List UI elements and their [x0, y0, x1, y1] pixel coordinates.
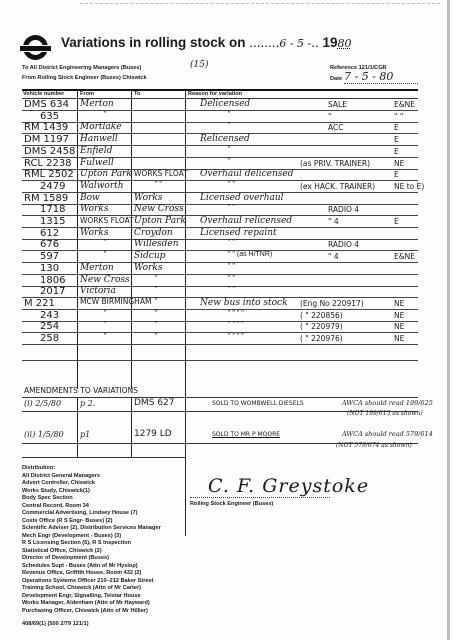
reason-for-variation: Delicensed	[200, 99, 250, 109]
district-area: E&NE	[394, 252, 415, 261]
distribution-item: Revenue Office, Griffith House, Room 432…	[22, 570, 161, 578]
distribution-item: Works Study, Chiswick(1)	[22, 488, 161, 496]
vehicle-number: M 221	[24, 298, 55, 309]
distribution-item: Director of Development (Buses)	[22, 555, 161, 563]
variation-note: RADIO 4	[328, 205, 359, 214]
district-area: E&NE	[394, 100, 415, 109]
col-header-reason: Reason for variation	[188, 91, 242, 97]
reason-for-variation: Relicensed	[200, 134, 250, 144]
variation-note: ( " 220976)	[300, 334, 343, 343]
to-garage: WORKS FLOAT	[134, 169, 188, 178]
to-garage: Sidcup	[134, 251, 165, 261]
reason-for-variation: " "	[228, 204, 235, 211]
district-area: E	[394, 170, 399, 179]
date-day-month: 6 - 5 -	[279, 37, 311, 50]
distribution-item: Scientific Adviser (2), Distribution Ser…	[22, 525, 161, 533]
col-header-to: To	[134, 91, 140, 97]
date-value: 7 - 5 - 80	[344, 70, 418, 84]
amendment-1-correction-note: (NOT 199/615 as shown)	[347, 410, 423, 417]
from-garage: Mortlake	[80, 122, 122, 132]
amendment-1-detail: SOLD TO WOMBWELL DIESELS	[212, 400, 304, 407]
from-garage: Victoria	[80, 286, 116, 296]
district-area: NE	[394, 322, 404, 331]
from-garage: Hanwell	[80, 134, 118, 144]
variation-note: SALE	[328, 100, 347, 109]
amendment-2-correction-note: (NOT 579/674 as shown)	[336, 442, 412, 449]
amendment-1-page: p 2.	[80, 399, 95, 408]
district-area: NE	[394, 311, 404, 320]
variation-note: " 4	[328, 252, 339, 261]
distribution-list: Distribution: All District General Manag…	[22, 465, 161, 629]
variation-note: ACC	[328, 123, 343, 132]
district-area: NE	[394, 159, 404, 168]
distribution-item: All District General Managers	[22, 473, 161, 481]
reason-for-variation: "	[228, 111, 231, 118]
distribution-item: Training School, Chiswick (Attn of Mr Ca…	[22, 585, 161, 593]
to-garage: Willesden	[134, 239, 179, 249]
vehicle-number: 130	[40, 263, 59, 274]
amendment-2-detail: SOLD TO MR P MOORE	[212, 431, 280, 438]
vehicle-number: DMS 2458	[24, 146, 75, 157]
district-area: NE	[394, 334, 404, 343]
from-garage: Enfield	[80, 146, 112, 156]
to-garage: "	[155, 298, 158, 305]
divider	[22, 397, 418, 398]
to-garage: " "	[155, 181, 162, 188]
to-garage: "	[155, 275, 158, 282]
signature-line	[190, 497, 330, 498]
reason-for-variation: " " (as H/TNR)	[228, 251, 272, 258]
reason-for-variation: Licensed repaint	[200, 228, 277, 238]
from-garage: WORKS FLOAT	[80, 216, 134, 225]
reason-for-variation: " " " "	[228, 333, 244, 340]
variation-note: (as PRIV. TRAINER)	[300, 159, 370, 168]
page-edge-shadow	[447, 0, 450, 640]
from-garage: Merton	[80, 263, 114, 273]
to-garage: Croydon	[134, 228, 173, 238]
vehicle-number: DMS 634	[24, 99, 69, 110]
variation-note: (ex HACK. TRAINER)	[300, 182, 375, 191]
from-garage: "	[104, 321, 107, 328]
from-garage: "	[104, 333, 107, 340]
vehicle-number: RM 1589	[24, 193, 68, 204]
amendment-2-vehicle: 1279 LD	[134, 429, 172, 439]
variation-note: " 4	[328, 217, 339, 226]
district-area: NE	[394, 299, 404, 308]
row-divider	[22, 309, 418, 310]
variation-note: RADIO 4	[328, 240, 359, 249]
from-garage: New Cross	[80, 275, 130, 285]
scan-edge	[80, 3, 440, 4]
reason-for-variation: " "	[228, 286, 235, 293]
vehicle-number: 1806	[40, 275, 65, 286]
district-area: " "	[394, 112, 403, 121]
from-garage: "	[104, 239, 107, 246]
to-garage: "	[155, 310, 158, 317]
reason-for-variation: "	[228, 158, 231, 165]
variation-note: "	[328, 112, 331, 121]
vehicle-number: RCL 2238	[24, 158, 72, 169]
from-garage: Bow	[80, 193, 100, 203]
reason-for-variation: "	[228, 146, 231, 153]
form-code: 408/69(1) (500 2/79 121/1)	[22, 621, 161, 629]
row-divider	[22, 332, 418, 333]
to-line: To All District Engineering Managers (Bu…	[22, 65, 141, 71]
roundel-logo-icon	[23, 35, 48, 60]
amendment-1-correction: AWCA should read 199/625	[342, 399, 433, 407]
amendment-2-correction: AWCA should read 579/614	[342, 430, 433, 438]
from-garage: Fulwell	[80, 158, 114, 168]
from-garage: Upton Park	[80, 169, 132, 179]
district-area: E	[394, 135, 399, 144]
from-garage: MCW BIRMINGHAM	[80, 297, 151, 306]
col-header-from: From	[80, 91, 94, 97]
vehicle-number: 1718	[40, 204, 65, 215]
reason-for-variation: " "	[228, 275, 235, 282]
variation-note: (Eng No 220917)	[300, 299, 364, 308]
vehicle-number: DM 1197	[24, 134, 69, 145]
distribution-item: Body Spec Section	[22, 495, 161, 503]
from-garage: Works	[80, 228, 108, 238]
year-suffix: 80	[338, 37, 352, 50]
vehicle-number: 1315	[40, 216, 65, 227]
row-divider	[22, 250, 418, 251]
reason-for-variation: Overhaul relicensed	[200, 216, 292, 226]
distribution-heading: Distribution:	[22, 465, 161, 473]
reason-for-variation: " " " "	[228, 321, 244, 328]
vehicle-number: 676	[40, 239, 59, 250]
reason-for-variation: " " " "	[228, 310, 244, 317]
to-garage: Works	[134, 193, 162, 203]
vehicle-number: 612	[40, 228, 59, 239]
col-header-vehicle: Vehicle number	[23, 91, 64, 97]
signature-title: Rolling Stock Engineer (Buses)	[190, 501, 273, 507]
to-garage: "	[155, 321, 158, 328]
distribution-item: Operations Systems Officer 210–212 Baker…	[22, 578, 161, 586]
vehicle-number: 243	[40, 310, 59, 321]
vehicle-number: 254	[40, 321, 59, 332]
reason-for-variation: Licensed overhaul	[200, 193, 284, 203]
vehicle-number: 258	[40, 333, 59, 344]
from-garage: "	[104, 310, 107, 317]
variation-note: ( " 220979)	[300, 322, 343, 331]
distribution-item: Commercial Advertising, Lindsey House (7…	[22, 510, 161, 518]
to-garage: New Cross	[134, 204, 184, 214]
from-garage: Works	[80, 204, 108, 214]
distribution-item: Mech Engr (Development - Buses) (3)	[22, 533, 161, 541]
row-divider	[22, 321, 418, 322]
vehicle-number: 2479	[40, 181, 65, 192]
to-garage: Works	[134, 263, 162, 273]
from-garage: "	[104, 251, 107, 258]
vehicle-number: RM 1439	[24, 122, 68, 133]
to-garage: "	[155, 286, 158, 293]
vehicle-number: 635	[40, 111, 59, 122]
from-garage: "	[104, 111, 107, 118]
signature: C. F. Greystoke	[208, 475, 369, 497]
reason-for-variation: New bus into stock	[200, 298, 288, 308]
reason-for-variation: Overhaul delicensed	[200, 169, 294, 179]
distribution-item: Purchasing Officer, Chiswick (Attn of Mr…	[22, 608, 161, 616]
distribution-item: Schedules Supt - Buses (Attn of Mr Hyslo…	[22, 563, 161, 571]
vehicle-number: RML 2502	[24, 169, 74, 180]
district-area: E	[394, 217, 399, 226]
to-garage: "	[155, 333, 158, 340]
distribution-item: Works Manager, Aldenham (Attn of Mr Hayw…	[22, 600, 161, 608]
sheet-number: (15)	[190, 60, 208, 70]
distribution-item: Central Record, Room 34	[22, 503, 161, 511]
amendment-2-page: p1	[80, 430, 90, 439]
reason-for-variation: " "	[228, 239, 235, 246]
from-garage: Walworth	[80, 181, 124, 191]
amendment-1-vehicle: DMS 627	[134, 398, 174, 408]
reason-for-variation: "	[228, 122, 231, 129]
reason-for-variation: " "	[228, 263, 235, 270]
distribution-item: Costs Office (R S Engr- Buses) (2)	[22, 518, 161, 526]
amendment-1-ref: (i) 2/5/80	[24, 399, 61, 408]
page-title: Variations in rolling stock on ........6…	[61, 35, 352, 50]
to-garage: Upton Park	[134, 216, 186, 226]
date-label: Date	[330, 76, 342, 82]
variation-note: ( " 220856)	[300, 311, 343, 320]
district-area: E	[394, 147, 399, 156]
reason-for-variation: " "	[228, 181, 235, 188]
from-line: From Rolling Stock Engineer (Buses) Chis…	[22, 75, 147, 81]
row-divider	[22, 344, 418, 345]
amendments-heading: AMENDMENTS TO VARIATIONS	[24, 386, 138, 395]
distribution-item: R S Licensing Section (5), R S Inspectio…	[22, 540, 161, 548]
amendment-2-ref: (ii) 1/5/80	[24, 430, 64, 439]
vehicle-number: 2017	[40, 286, 65, 297]
distribution-item: Statistical Office, Chiswick (2)	[22, 548, 161, 556]
divider	[22, 457, 185, 458]
distribution-item: Development Engr, Signalling, Telstar Ho…	[22, 593, 161, 601]
from-garage: Merton	[80, 99, 114, 109]
distribution-item: Advert Controller, Chiswick	[22, 480, 161, 488]
row-divider	[22, 110, 418, 111]
district-area: E	[394, 123, 399, 132]
vehicle-number: 597	[40, 251, 59, 262]
district-area: NE to E)	[394, 182, 424, 191]
